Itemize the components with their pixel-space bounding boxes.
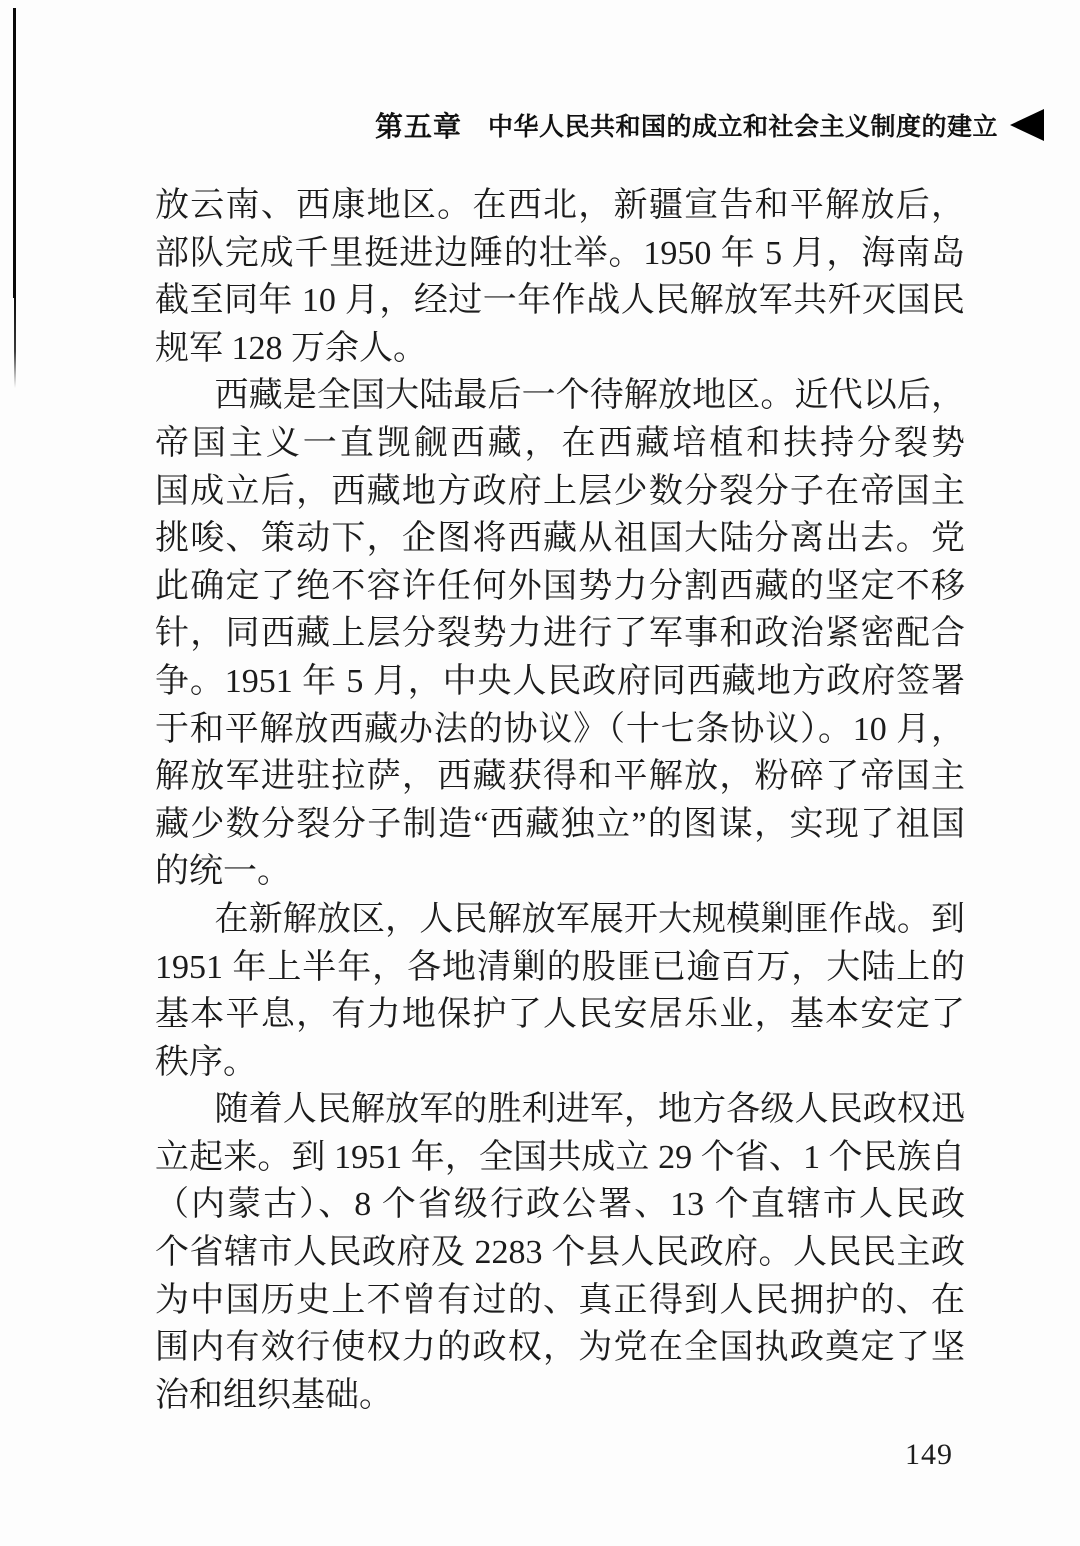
text-line: 放云南、西康地区。在西北，新疆宣告和平解放后，入疆	[155, 182, 965, 230]
body-text: 放云南、西康地区。在西北，新疆宣告和平解放后，入疆 部队完成千里挺进边陲的壮举。…	[155, 182, 965, 1419]
text-line: 此确定了绝不容许任何外国势力分割西藏的坚定不移的方	[155, 563, 965, 611]
text-line: 规军 128 万余人。	[155, 325, 965, 373]
text-line: 解放军进驻拉萨，西藏获得和平解放，粉碎了帝国主义及西	[155, 753, 965, 801]
text-line: 于和平解放西藏办法的协议》（十七条协议）。10 月，人民	[155, 706, 965, 754]
book-page: 第五章 中华人民共和国的成立和社会主义制度的建立 放云南、西康地区。在西北，新疆…	[0, 0, 1080, 1546]
text-line: 帝国主义一直觊觎西藏，在西藏培植和扶持分裂势力。新中	[155, 420, 965, 468]
text-line: 随着人民解放军的胜利进军，地方各级人民政权迅速建	[155, 1086, 965, 1134]
running-head: 第五章 中华人民共和国的成立和社会主义制度的建立	[375, 104, 1044, 146]
text-line: 围内有效行使权力的政权，为党在全国执政奠定了坚实的政	[155, 1324, 965, 1372]
chapter-label: 第五章	[375, 105, 462, 145]
scan-artifact-line-tail	[14, 296, 16, 388]
text-line: 基本平息，有力地保护了人民安居乐业，基本安定了社会	[155, 991, 965, 1039]
text-line: 为中国历史上不曾有过的、真正得到人民拥护的、在全国范	[155, 1277, 965, 1325]
scan-artifact-line	[13, 8, 16, 298]
text-line: 西藏是全国大陆最后一个待解放地区。近代以后，西方	[155, 372, 965, 420]
text-line: 争。1951 年 5 月，中央人民政府同西藏地方政府签署《关	[155, 658, 965, 706]
text-line: 1951 年上半年，各地清剿的股匪已逾百万，大陆上的匪患	[155, 944, 965, 992]
text-line: 在新解放区，人民解放军展开大规模剿匪作战。到	[155, 896, 965, 944]
text-line: 个省辖市人民政府及 2283 个县人民政府。人民民主政权成	[155, 1229, 965, 1277]
text-line: （内蒙古）、8 个省级行政公署、13 个直辖市人民政府，140	[155, 1181, 965, 1229]
text-line: 立起来。到 1951 年，全国共成立 29 个省、1 个民族自治区	[155, 1134, 965, 1182]
text-line: 的统一。	[155, 848, 965, 896]
text-line: 部队完成千里挺进边陲的壮举。1950 年 5 月，海南岛解放。	[155, 230, 965, 278]
text-line: 藏少数分裂分子制造“西藏独立”的图谋，实现了祖国大陆	[155, 801, 965, 849]
chapter-title: 中华人民共和国的成立和社会主义制度的建立	[488, 107, 998, 143]
text-line: 秩序。	[155, 1039, 965, 1087]
text-line: 针，同西藏上层分裂势力进行了军事和政治紧密配合的斗	[155, 610, 965, 658]
text-line: 截至同年 10 月，经过一年作战人民解放军共歼灭国民党正	[155, 277, 965, 325]
page-number: 149	[905, 1438, 953, 1472]
left-triangle-icon	[1010, 109, 1044, 141]
text-line: 挑唆、策动下，企图将西藏从祖国大陆分离出去。党中央为	[155, 515, 965, 563]
text-line: 治和组织基础。	[155, 1372, 965, 1420]
text-line: 国成立后，西藏地方政府上层少数分裂分子在帝国主义势力	[155, 468, 965, 516]
